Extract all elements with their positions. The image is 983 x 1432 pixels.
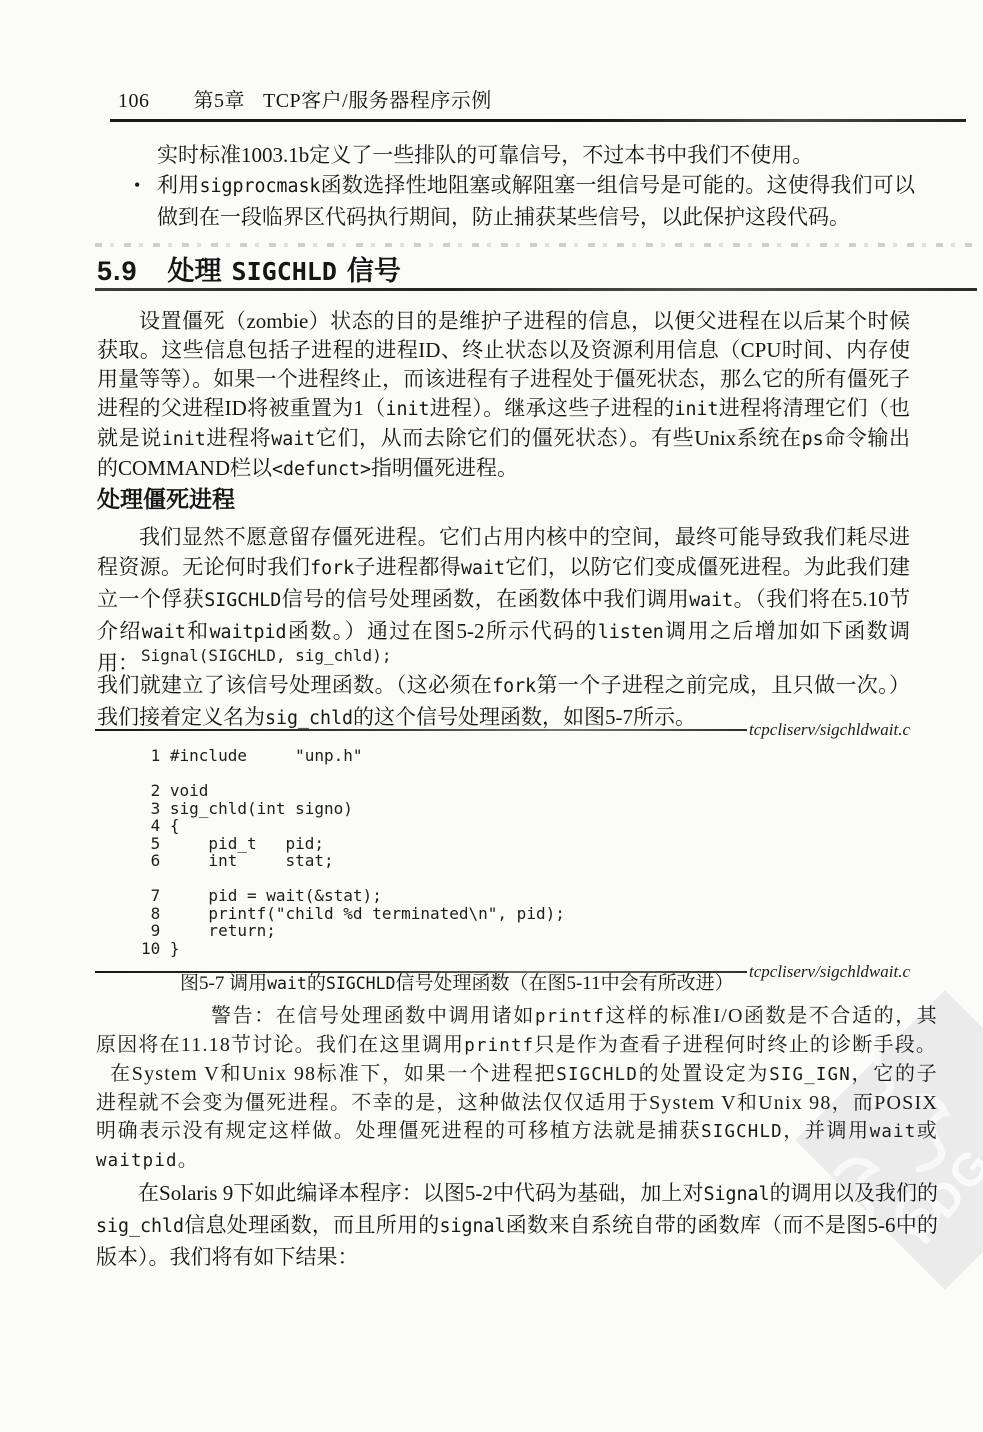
inline-code: ps [802,429,824,450]
source-file-label-bottom: tcpcliserv/sigchldwait.c [749,962,910,982]
listing-code: 1 #include "unp.h" 2 void 3 sig_chld(int… [141,747,910,957]
inline-code: printf [535,1007,605,1027]
horizontal-rule [95,729,747,731]
inline-code: init [162,429,206,450]
inline-code: wait [461,558,505,579]
section-heading: 5.9 处理SIGCHLD信号 [97,249,401,288]
paragraph-solaris-compile: 在Solaris 9下如此编译本程序：以图5-2中代码为基础，加上对Signal… [96,1178,938,1273]
listing-top-rule: tcpcliserv/sigchldwait.c [95,720,910,740]
source-file-label-top: tcpcliserv/sigchldwait.c [749,720,910,740]
section-title-pre: 处理 [168,256,222,286]
inline-code: SIGCHLD [701,1122,783,1142]
inline-code: SIGCHLD [326,974,396,993]
page-number: 106 [118,90,150,112]
bullet-list: 实时标准1003.1b定义了一些排队的可靠信号，不过本书中我们不使用。 • 利用… [133,140,915,232]
bullet-item: • 利用sigprocmask函数选择性地阻塞或解阻塞一组信号是可能的。这使得我… [133,170,915,232]
inline-code: waitpid [96,1151,178,1171]
scan-artifact-line [95,243,977,247]
figure-caption: 图5-7 调用wait的SIGCHLD信号处理函数（在图5-11中会有所改进） [180,968,734,995]
bullet-marker-icon: • [134,170,140,200]
section-title-code: SIGCHLD [232,257,337,286]
inline-code: sig_chld [96,1216,184,1237]
code-listing-figure: tcpcliserv/sigchldwait.c 1 #include "unp… [95,720,910,982]
bullet-item-text: 利用sigprocmask函数选择性地阻塞或解阻塞一组信号是可能的。这使得我们可… [157,170,915,232]
inline-code: wait [870,1122,917,1142]
inline-code: init [385,399,429,420]
subsection-heading: 处理僵死进程 [97,481,235,514]
section-number: 5.9 [97,256,138,287]
inline-code: init [675,399,719,420]
inline-code: sigprocmask [199,176,320,197]
paragraph-zombie-purpose: 设置僵死（zombie）状态的目的是维护子进程的信息，以便父进程在以后某个时候获… [97,307,910,484]
section-title-post: 信号 [347,256,401,286]
inline-code: wait [267,974,307,993]
inline-code: wait [142,622,186,643]
inline-code: Signal [704,1184,770,1205]
book-page: PDG 106第5章TCP客户/服务器程序示例 实时标准1003.1b定义了一些… [0,0,983,1432]
warning-note: 警告：在信号处理函数中调用诸如printf这样的标准I/O函数是不合适的，其原因… [96,1002,938,1175]
chapter-label: 第5章 [194,90,246,112]
bullet-continuation-text: 实时标准1003.1b定义了一些排队的可靠信号，不过本书中我们不使用。 [133,140,915,170]
inline-code: SIGCHLD [204,590,281,611]
inline-code: listen [598,622,664,643]
signal-call-code: Signal(SIGCHLD, sig_chld); [141,646,391,665]
inline-code: wait [271,429,315,450]
section-title: 处理SIGCHLD信号 [168,249,401,288]
inline-code: SIG_IGN [769,1065,851,1085]
page-header: 106第5章TCP客户/服务器程序示例 [118,84,492,113]
chapter-title: TCP客户/服务器程序示例 [263,90,492,112]
inline-code: wait [689,590,733,611]
inline-code: SIGCHLD [556,1065,638,1085]
inline-code: signal [440,1216,506,1237]
section-rule [95,288,977,291]
inline-code: waitpid [210,622,287,643]
warning-paragraph-2: 在System V和Unix 98标准下，如果一个进程把SIGCHLD的处置设定… [96,1060,938,1175]
inline-code: <defunct> [272,459,371,480]
inline-code: fork [492,676,536,697]
inline-code: printf [464,1036,534,1056]
inline-code: fork [310,558,354,579]
header-rule [110,119,966,122]
warning-paragraph-1: 警告：在信号处理函数中调用诸如printf这样的标准I/O函数是不合适的，其原因… [96,1002,938,1060]
